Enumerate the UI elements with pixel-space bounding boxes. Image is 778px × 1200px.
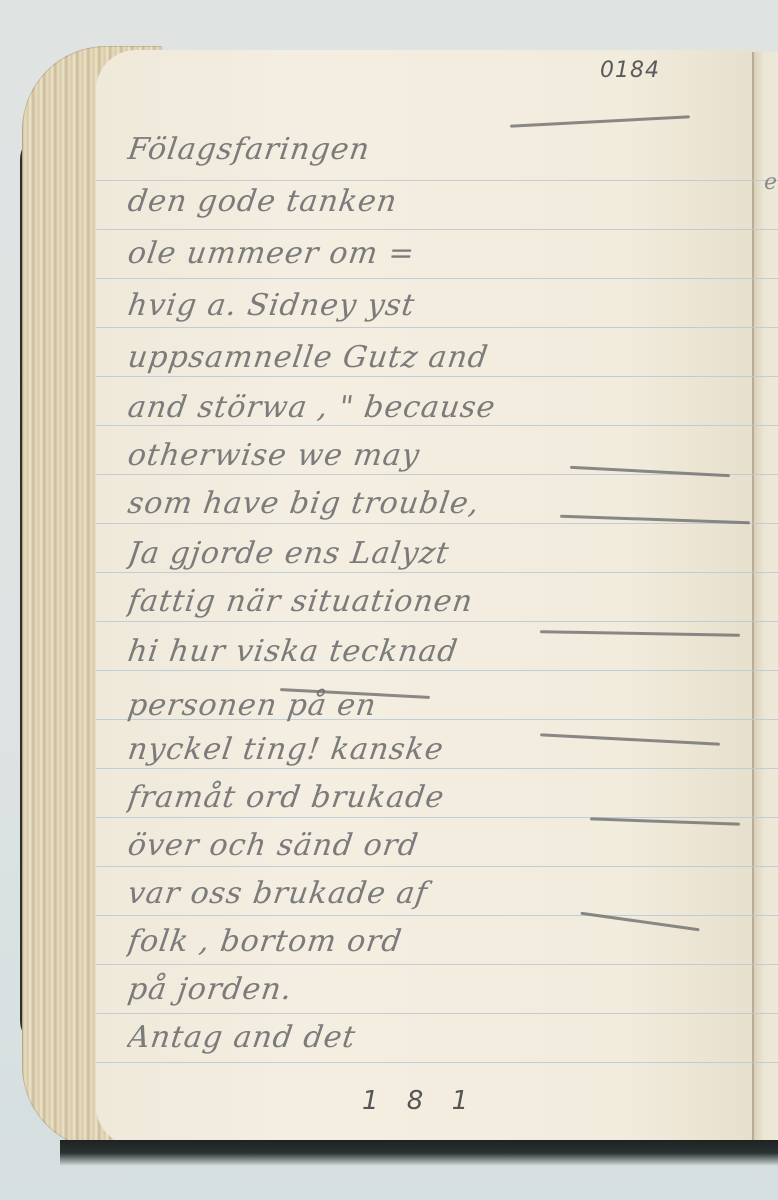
text-line: personen på en: [125, 684, 751, 728]
text-line: hvig a. Sidney yst: [125, 284, 751, 328]
text-line: framåt ord brukade: [125, 776, 751, 820]
text-line: var oss brukade af: [125, 872, 751, 916]
text-line: folk , bortom ord: [125, 920, 751, 964]
page-number: 1 8 1: [362, 1086, 478, 1116]
text-line: Antag and det: [125, 1016, 751, 1060]
text-line: Fölagsfaringen: [125, 128, 751, 172]
facing-page-edge: [752, 52, 778, 1146]
rule-line: [96, 1062, 778, 1063]
text-line: över och sänd ord: [125, 824, 751, 868]
text-line: hi hur viska tecknad: [125, 630, 751, 674]
text-line: Ja gjorde ens Lalyzt: [125, 532, 751, 576]
rule-line: [96, 229, 778, 230]
text-line: fattig när situationen: [125, 580, 751, 624]
text-line: ole ummeer om =: [125, 232, 751, 276]
text-line: nyckel ting! kanske: [125, 728, 751, 772]
rule-line: [96, 1013, 778, 1014]
rule-line: [96, 278, 778, 279]
rule-line: [96, 964, 778, 965]
archive-number: 0184: [600, 58, 660, 83]
text-line: på jorden.: [125, 968, 751, 1012]
cover-shadow: [60, 1140, 778, 1166]
text-line: uppsamnelle Gutz and: [125, 336, 751, 380]
text-line: den gode tanken: [125, 180, 751, 224]
text-line: and störwa , " because: [125, 386, 751, 430]
facing-page-fragment: e: [764, 170, 777, 195]
